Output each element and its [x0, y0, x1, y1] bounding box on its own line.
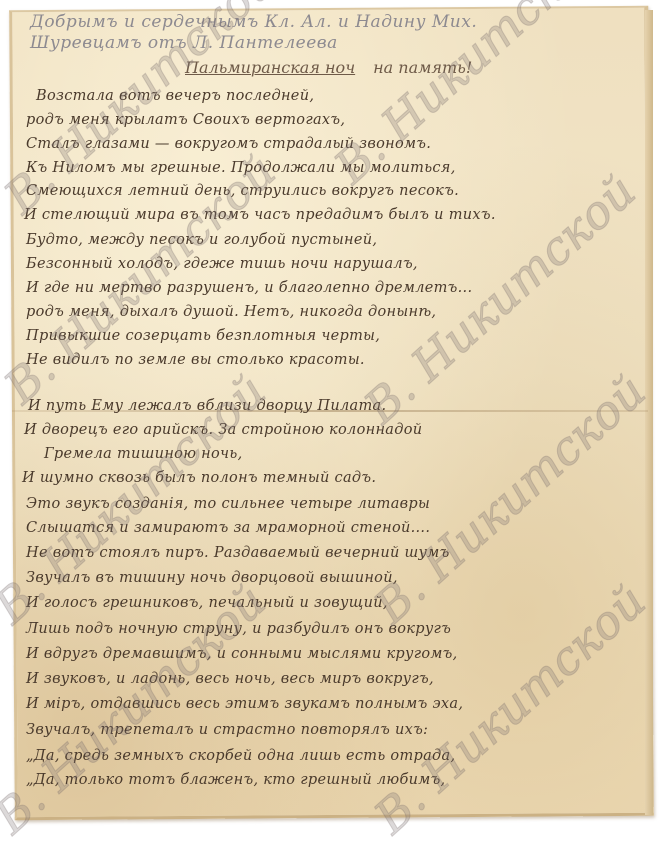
poem-line: И шумно сквозь былъ полонъ темный садъ.	[22, 470, 376, 486]
poem-line: Не вотъ стоялъ пиръ. Раздаваемый вечерни…	[26, 545, 450, 561]
poem-line: И голосъ грешниковъ, печальный и зовущий…	[26, 595, 388, 611]
poem-title: Пальмиранская ночна память!	[185, 58, 472, 77]
poem-line: И мiръ, отдавшись весь этимъ звукамъ пол…	[26, 696, 463, 712]
poem-line: родъ меня крылатъ Своихъ вертогахъ,	[26, 112, 345, 128]
poem-line: Слышатся и замираютъ за мраморной стеной…	[26, 520, 430, 536]
poem-line: И стелющий мира въ томъ часъ предадимъ б…	[24, 207, 496, 223]
poem-line: „Да, средь земныхъ скорбей одна лишь ест…	[26, 748, 455, 764]
poem-line: Не видилъ по земле вы столько красоты.	[26, 352, 365, 368]
poem-line: Привыкшие созерцать безплотныя черты,	[26, 328, 380, 344]
page-edge	[645, 10, 653, 815]
poem-line: Сталъ глазами — вокругомъ страдалый звон…	[26, 136, 431, 152]
dedication-line-1: Добрымъ и сердечнымъ Кл. Ал. и Надину Ми…	[30, 12, 630, 33]
poem-title-suffix: на память!	[373, 58, 472, 77]
poem-line: И дворецъ его арийскъ. За стройною колон…	[24, 422, 422, 438]
poem-line: И где ни мертво разрушенъ, и благолепно …	[26, 280, 472, 296]
poem-line: Къ Ниломъ мы грешные. Продолжали мы моли…	[26, 160, 456, 176]
poem-line: Возстала вотъ вечеръ последней,	[36, 88, 314, 104]
poem-line: И вдругъ дремавшимъ, и сонными мыслями к…	[26, 646, 458, 662]
poem-line: Лишь подъ ночную струну, и разбудилъ онъ…	[26, 621, 451, 637]
poem-line: „Да, только тотъ блаженъ, кто грешный лю…	[26, 772, 445, 788]
dedication-line-2: Шуревцамъ отъ Л. Пантелеева	[30, 33, 630, 54]
poem-line: И путь Ему лежалъ вблизи дворцу Пилата.	[28, 398, 386, 414]
poem-line: Безсонный холодъ, гдеже тишь ночи наруша…	[26, 256, 418, 272]
poem-line: Смеющихся летний день, струились вокругъ…	[26, 183, 459, 199]
poem-line: И звуковъ, и ладонь, весь ночь, весь мир…	[26, 671, 434, 687]
poem-line: Будто, между песокъ и голубой пустыней,	[26, 232, 377, 248]
poem-line: родъ меня, дыхалъ душой. Нетъ, никогда д…	[26, 304, 436, 320]
dedication-note: Добрымъ и сердечнымъ Кл. Ал. и Надину Ми…	[30, 12, 630, 54]
poem-line: Звучалъ въ тишину ночь дворцовой вышиной…	[26, 570, 398, 586]
poem-line: Гремела тишиною ночь,	[44, 446, 242, 462]
poem-line: Это звукъ созданія, то сильнее четыре ли…	[26, 496, 430, 512]
poem-line: Звучалъ, трепеталъ и страстно повторялъ …	[26, 722, 428, 738]
poem-title-main: Пальмиранская ноч	[185, 58, 355, 77]
